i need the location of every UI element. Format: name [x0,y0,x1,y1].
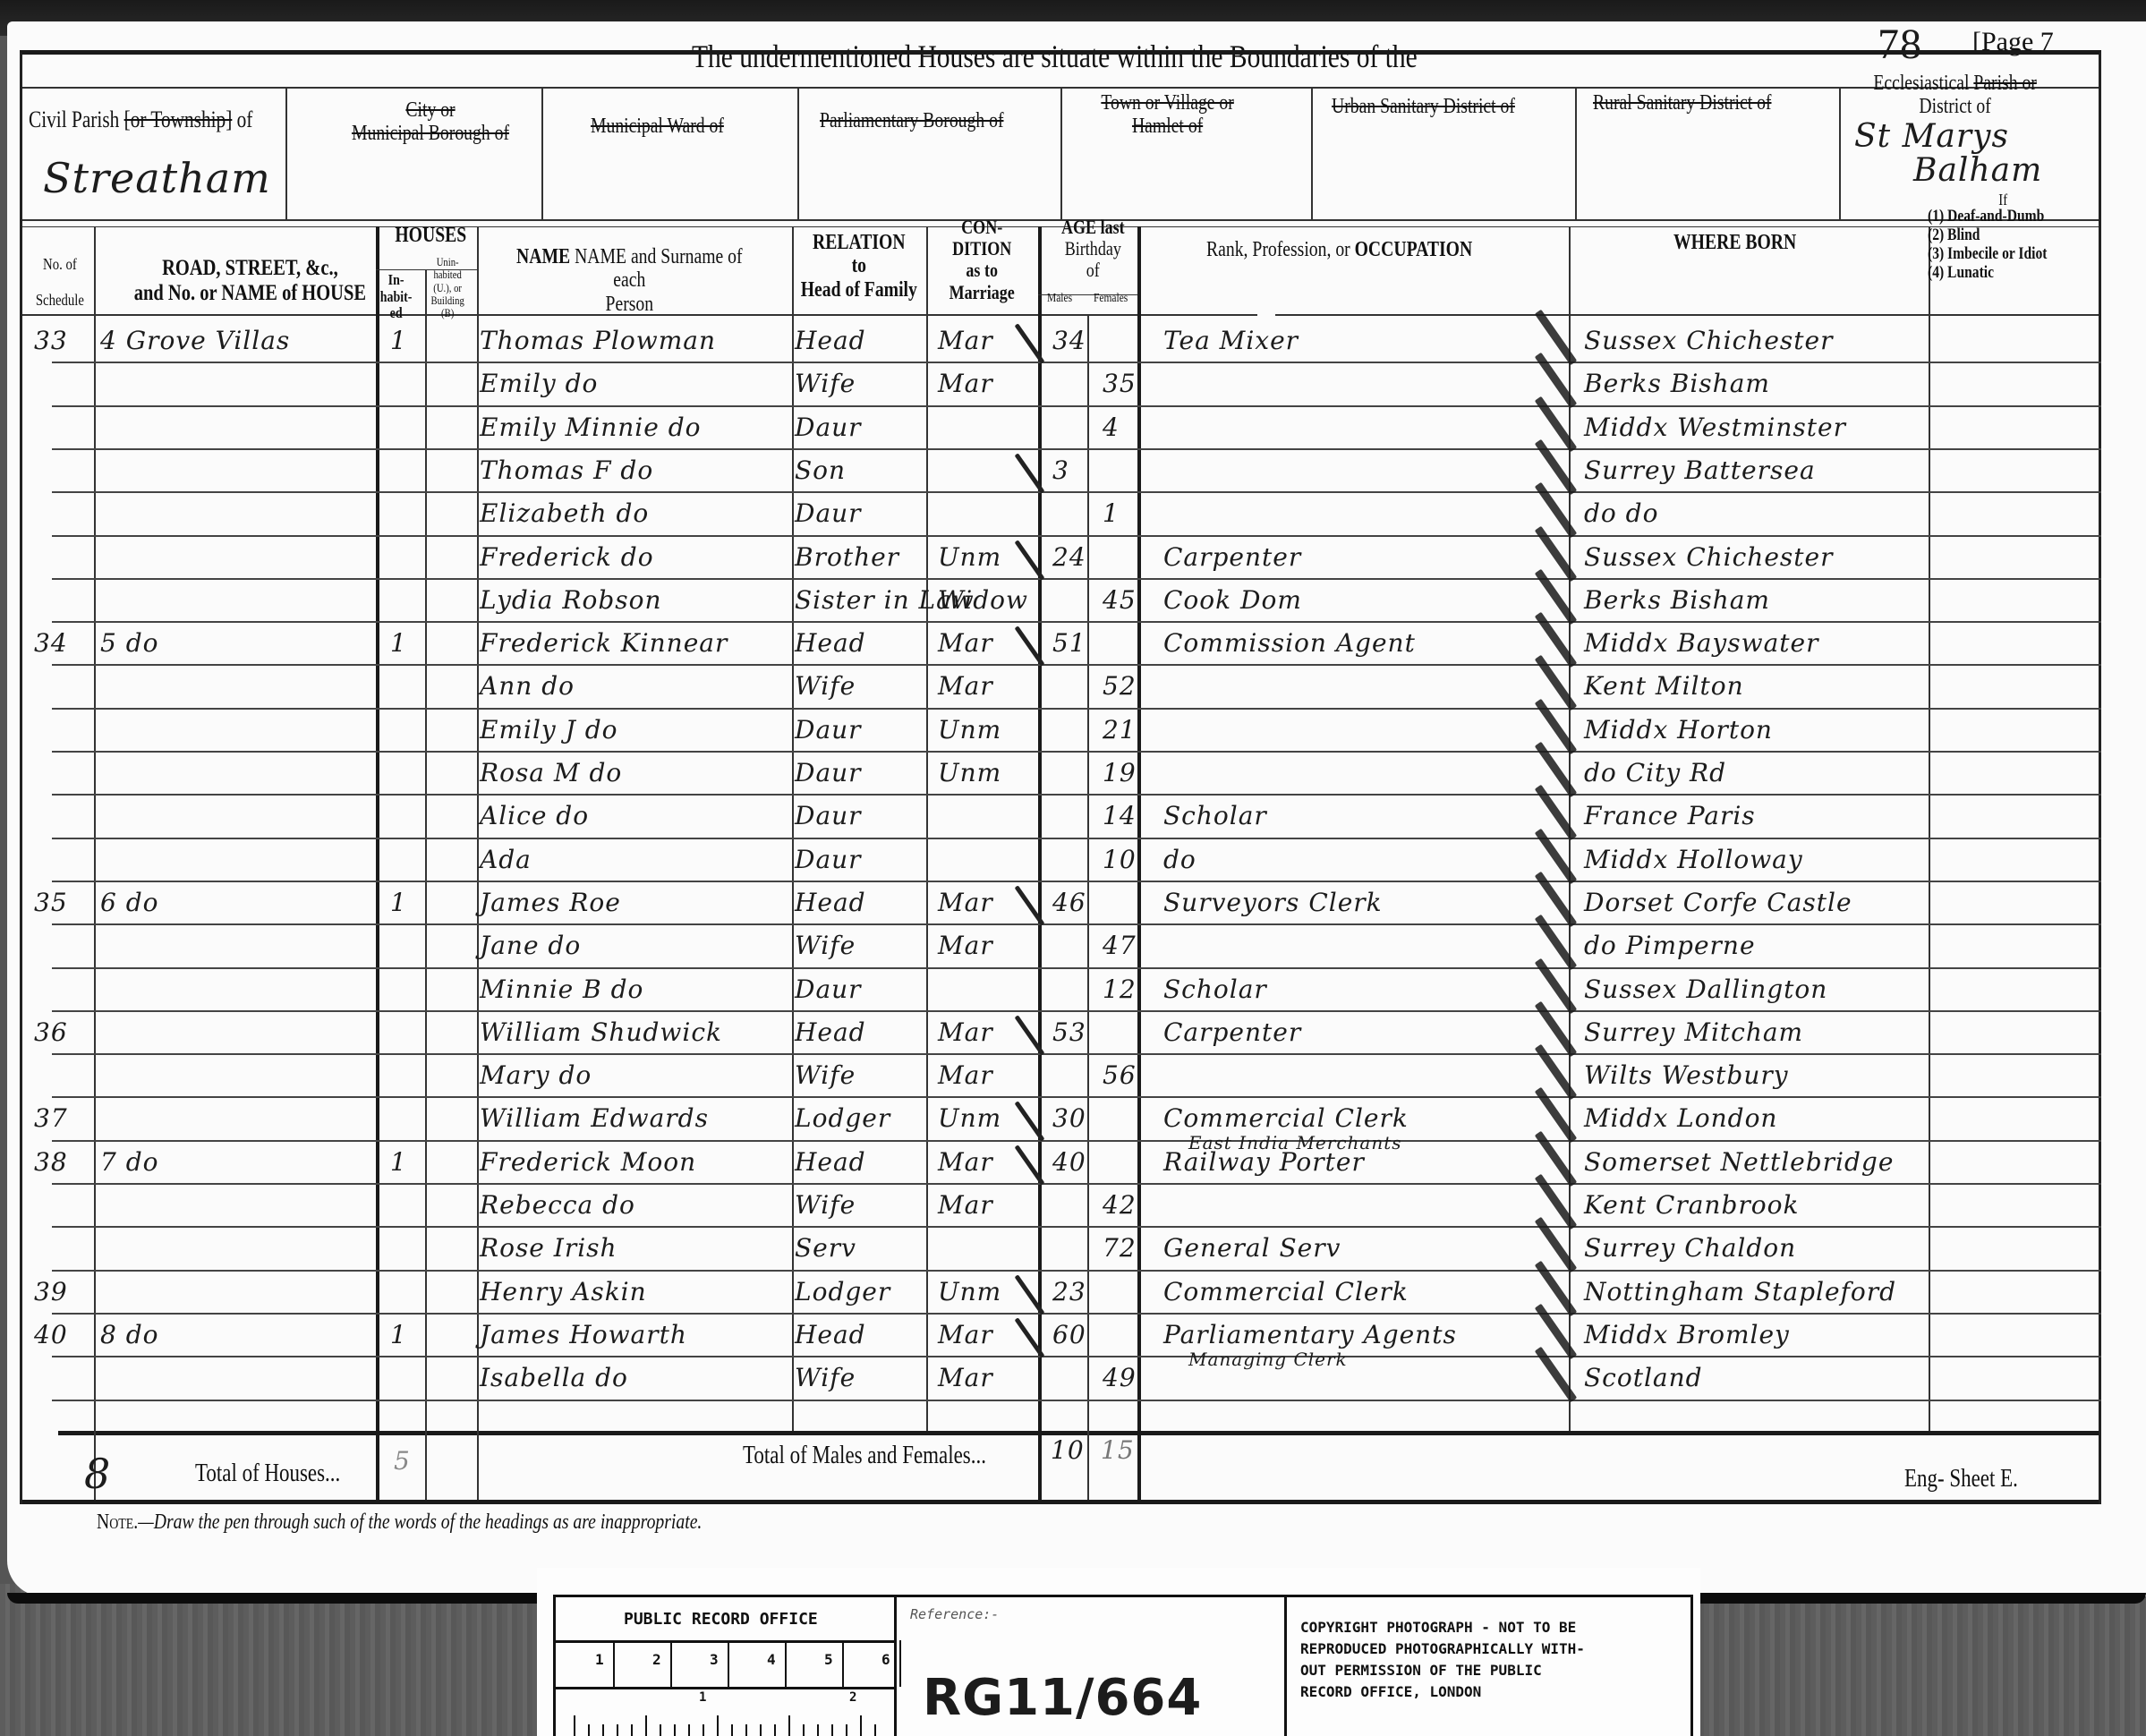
road-cell: 6 do [100,888,159,917]
condition-cell: Mar [938,628,993,658]
row-rule [52,1356,2101,1357]
name-cell: Emily Minnie do [480,413,702,442]
urban-sanitary-label: Urban Sanitary District of [1332,95,1515,118]
col-relation-header: RELATION to Head of Family [793,231,925,302]
scale-tick [703,1724,704,1736]
inhabited-cell: 1 [390,1147,407,1177]
condition-cell: Mar [938,369,993,398]
row-rule [52,1053,2101,1055]
name-cell: Ada [480,845,532,874]
row-rule [52,794,2101,796]
male-age-cell: 23 [1052,1277,1086,1306]
col-condition-header: CON- DITION as to Marriage [938,217,1026,303]
scale-tick [688,1724,690,1736]
road-cell: 7 do [100,1147,159,1177]
born-cell: France Paris [1584,801,1756,830]
condition-cell: Mar [938,1060,993,1090]
ecclesiastical-value-1: St Marys [1854,118,2009,155]
born-cell: Middx Bromley [1584,1320,1790,1349]
total-schedules: 8 [84,1450,111,1498]
row-rule [52,1313,2101,1315]
condition-cell: Unm [938,715,1001,745]
born-cell: Dorset Corfe Castle [1584,888,1852,917]
born-cell: Sussex Chichester [1584,542,1834,572]
col-age-males-header: Males [1047,292,1072,305]
scale-tick [874,1724,876,1736]
col-infirmity-list: (1) Deaf-and-Dumb (2) Blind (3) Imbecile… [1928,208,2047,283]
scale-tick [660,1724,661,1736]
born-cell: Kent Cranbrook [1584,1190,1799,1220]
name-cell: Ann do [480,671,575,701]
scale-mark: 2 [849,1690,856,1705]
condition-cell: Unm [938,1103,1001,1133]
male-age-cell: 40 [1052,1147,1086,1177]
condition-cell: Mar [938,671,993,701]
row-rule [52,881,2101,882]
scale-tick [602,1724,604,1736]
occupation-cell: Scholar [1163,974,1267,1004]
born-cell: do Pimperne [1584,931,1756,960]
occupation-cell: Railway Porter [1163,1147,1365,1177]
occupation-cell: Carpenter [1163,1017,1301,1047]
total-males: 10 [1051,1435,1085,1465]
scale-tick [760,1724,762,1736]
name-cell: Frederick Moon [480,1147,696,1177]
relation-cell: Wife [795,931,856,960]
scale-mark: 1 [699,1690,706,1705]
name-cell: Minnie B do [480,974,643,1004]
relation-cell: Head [795,326,866,355]
relation-cell: Brother [795,542,899,572]
scale-mark: 6 [881,1651,890,1668]
relation-cell: Daur [795,758,862,787]
occupation-cell: General Serv [1163,1233,1341,1263]
row-rule [52,838,2101,839]
name-cell: Rebecca do [480,1190,635,1220]
row-rule [52,1400,2101,1401]
female-age-cell: 19 [1103,758,1137,787]
relation-cell: Son [795,455,846,485]
schedule-cell: 34 [34,628,68,658]
name-cell: James Roe [480,888,621,917]
pro-title: PUBLIC RECORD OFFICE [624,1610,818,1629]
condition-cell: Unm [938,758,1001,787]
male-age-cell: 3 [1052,455,1069,485]
col-born-header: WHERE BORN [1673,231,1796,254]
name-cell: Frederick do [480,542,654,572]
born-cell: Berks Bisham [1584,585,1770,615]
scale-tick [617,1724,618,1736]
condition-cell: Mar [938,326,993,355]
female-age-cell: 12 [1103,974,1137,1004]
inhabited-cell: 1 [390,628,407,658]
ecclesiastical-value-2: Balham [1913,152,2042,189]
relation-cell: Daur [795,498,862,528]
scale-divider [842,1640,844,1687]
born-cell: Middx Bayswater [1584,628,1819,658]
male-age-cell: 34 [1052,326,1086,355]
relation-cell: Head [795,1147,866,1177]
occupation-cell: Commission Agent [1163,628,1416,658]
occupation-cell: Cook Dom [1163,585,1302,615]
male-age-cell: 51 [1052,628,1086,658]
name-cell: Thomas F do [480,455,653,485]
relation-cell: Wife [795,1060,856,1090]
female-age-cell: 21 [1103,715,1137,745]
col-schedule-header: No. of Schedule [27,256,93,309]
col-name-header: NAME NAME and Surname of each Person [508,245,751,316]
female-age-cell: 49 [1103,1363,1137,1392]
scale-mark: 3 [710,1651,719,1668]
parliamentary-borough-label: Parliamentary Borough of [820,109,1003,132]
schedule-cell: 38 [34,1147,68,1177]
relation-cell: Daur [795,974,862,1004]
name-cell: Elizabeth do [480,498,649,528]
name-cell: Mary do [480,1060,592,1090]
scale-mark: 2 [652,1651,661,1668]
born-cell: do do [1584,498,1658,528]
municipal-ward-label: Municipal Ward of [591,115,724,138]
row-rule [52,664,2101,666]
relation-cell: Lodger [795,1277,890,1306]
scale-tick [817,1724,819,1736]
total-houses-label: Total of Houses... [195,1460,340,1488]
row-rule [52,491,2101,493]
name-cell: Emily J do [480,715,618,745]
col-road-header: ROAD, STREET, &c., and No. or NAME of HO… [125,256,375,305]
condition-cell: Mar [938,1017,993,1047]
total-persons-label: Total of Males and Females... [743,1442,986,1470]
pro-reference-value: RG11/664 [923,1669,1202,1727]
row-rule [52,621,2101,623]
male-age-cell: 60 [1052,1320,1086,1349]
name-cell: Jane do [480,931,581,960]
footer-note: Note.—Draw the pen through such of the w… [97,1510,702,1534]
born-cell: Middx Westminster [1584,413,1846,442]
condition-cell: Mar [938,888,993,917]
name-cell: Alice do [480,801,589,830]
scale-tick [803,1724,805,1736]
occupation-cell: Surveyors Clerk [1163,888,1383,917]
scale-tick [846,1724,847,1736]
relation-cell: Daur [795,715,862,745]
row-rule [52,1270,2101,1272]
schedule-cell: 39 [34,1277,68,1306]
scale-tick [574,1715,575,1736]
row-rule [52,578,2101,580]
condition-cell: Mar [938,1147,993,1177]
name-cell: Rosa M do [480,758,622,787]
row-rule [52,362,2101,363]
scale-mark: 1 [595,1651,604,1668]
condition-cell: Mar [938,1320,993,1349]
row-rule [52,1096,2101,1098]
row-rule [52,1183,2101,1185]
scale-mark: 4 [767,1651,776,1668]
condition-cell: Widow [938,585,1028,615]
scale-divider [785,1640,787,1687]
relation-cell: Wife [795,1190,856,1220]
total-houses-value: 5 [394,1446,411,1476]
rural-sanitary-label: Rural Sanitary District of [1593,91,1771,115]
occupation-cell: Commercial Clerk [1163,1277,1409,1306]
row-rule [52,1140,2101,1142]
civil-parish-value: Streatham [43,154,271,202]
col-occupation-header: Rank, Profession, or OCCUPATION [1206,238,1472,261]
relation-cell: Wife [795,671,856,701]
scale-divider [728,1640,729,1687]
row-rule [52,448,2101,450]
female-age-cell: 45 [1103,585,1137,615]
scale-tick [774,1724,776,1736]
row-rule [52,405,2101,407]
sheet-label: Eng- Sheet E. [1904,1466,2018,1493]
scale-tick [645,1715,647,1736]
occupation-cell: Tea Mixer [1163,326,1299,355]
total-females: 15 [1101,1435,1135,1465]
scale-divider [670,1640,672,1687]
female-age-cell: 72 [1103,1233,1137,1263]
col-age-females-header: Females [1094,292,1128,305]
name-cell: Isabella do [480,1363,628,1392]
female-age-cell: 56 [1103,1060,1137,1090]
schedule-cell: 40 [34,1320,68,1349]
name-cell: Rose Irish [480,1233,617,1263]
scale-tick [631,1724,633,1736]
row-rule [52,751,2101,753]
schedule-cell: 36 [34,1017,68,1047]
relation-cell: Daur [795,413,862,442]
row-rule [52,708,2101,710]
female-age-cell: 42 [1103,1190,1137,1220]
relation-cell: Serv [795,1233,856,1263]
born-cell: Middx Holloway [1584,845,1803,874]
row-rule [52,1010,2101,1012]
row-rule [52,967,2101,969]
relation-cell: Daur [795,845,862,874]
scale-tick [745,1724,747,1736]
condition-cell: Unm [938,542,1001,572]
female-age-cell: 47 [1103,931,1137,960]
scale-tick [788,1715,790,1736]
road-cell: 4 Grove Villas [100,326,290,355]
scale-tick [731,1724,733,1736]
female-age-cell: 4 [1103,413,1120,442]
born-cell: Surrey Battersea [1584,455,1816,485]
born-cell: Sussex Chichester [1584,326,1834,355]
born-cell: Somerset Nettlebridge [1584,1147,1894,1177]
occupation-cell: do [1163,845,1196,874]
born-cell: Nottingham Stapleford [1584,1277,1896,1306]
relation-cell: Head [795,1017,866,1047]
scale-tick [860,1715,862,1736]
scale-tick [831,1724,833,1736]
name-cell: James Howarth [480,1320,687,1349]
col-uninhabited-header: Unin-habited (U.), or Building (B) [428,256,467,319]
born-cell: Middx London [1584,1103,1777,1133]
name-cell: Emily do [480,369,598,398]
col-inhabited-header: In-habit-ed [374,272,418,322]
male-age-cell: 53 [1052,1017,1086,1047]
born-cell: Middx Horton [1584,715,1773,745]
pro-copyright: COPYRIGHT PHOTOGRAPH - NOT TO BE REPRODU… [1300,1617,1585,1703]
born-cell: Surrey Chaldon [1584,1233,1796,1263]
occupation-cell: Carpenter [1163,542,1301,572]
condition-cell: Unm [938,1277,1001,1306]
occupation-cell: Parliamentary Agents [1163,1320,1457,1349]
inhabited-cell: 1 [390,888,407,917]
condition-cell: Mar [938,931,993,960]
row-rule [52,1226,2101,1228]
born-cell: Wilts Westbury [1584,1060,1789,1090]
col-age-header: AGE last Birthday of [1045,217,1141,282]
female-age-cell: 52 [1103,671,1137,701]
scale-tick [674,1724,676,1736]
female-age-cell: 10 [1103,845,1137,874]
born-cell: Berks Bisham [1584,369,1770,398]
col-houses-header: HOUSES [383,224,479,247]
name-cell: Frederick Kinnear [480,628,728,658]
name-cell: William Edwards [480,1103,709,1133]
born-cell: do City Rd [1584,758,1726,787]
row-rule [52,535,2101,537]
male-age-cell: 46 [1052,888,1086,917]
female-age-cell: 14 [1103,801,1137,830]
scale-tick [588,1724,590,1736]
born-cell: Surrey Mitcham [1584,1017,1803,1047]
relation-cell: Wife [795,369,856,398]
schedule-cell: 33 [34,326,68,355]
female-age-cell: 35 [1103,369,1137,398]
scale-divider [899,1640,901,1687]
relation-cell: Wife [795,1363,856,1392]
name-cell: Thomas Plowman [480,326,716,355]
road-cell: 8 do [100,1320,159,1349]
pro-label: PUBLIC RECORD OFFICE 123456 12 Reference… [537,1568,1700,1736]
occupation-cell: Scholar [1163,801,1267,830]
born-cell: Sussex Dallington [1584,974,1827,1004]
road-cell: 5 do [100,628,159,658]
census-sheet: The undermentioned Houses are situate wi… [7,21,2146,1596]
female-age-cell: 1 [1103,498,1120,528]
occupation-note: Managing Clerk [1188,1349,1348,1370]
name-cell: Henry Askin [480,1277,647,1306]
relation-cell: Head [795,888,866,917]
civil-parish-label: Civil Parish [or Township] of [29,107,252,133]
relation-cell: Daur [795,801,862,830]
condition-cell: Mar [938,1190,993,1220]
male-age-cell: 24 [1052,542,1086,572]
born-cell: Kent Milton [1584,671,1744,701]
pro-reference-label: Reference:- [910,1606,999,1622]
name-cell: William Shudwick [480,1017,722,1047]
inhabited-cell: 1 [390,326,407,355]
row-rule [52,923,2101,925]
relation-cell: Lodger [795,1103,890,1133]
male-age-cell: 30 [1052,1103,1086,1133]
condition-cell: Mar [938,1363,993,1392]
born-cell: Scotland [1584,1363,1703,1392]
scale-mark: 5 [824,1651,833,1668]
name-cell: Lydia Robson [480,585,662,615]
schedule-cell: 35 [34,888,68,917]
schedule-cell: 37 [34,1103,68,1133]
ecclesiastical-label: Ecclesiastical Parish or District of [1860,72,2050,119]
relation-cell: Head [795,1320,866,1349]
scale-divider [613,1640,615,1687]
occupation-cell: Commercial Clerk [1163,1103,1409,1133]
city-borough-label: City or Municipal Borough of [320,98,541,146]
scale-tick [717,1715,719,1736]
relation-cell: Head [795,628,866,658]
inhabited-cell: 1 [390,1320,407,1349]
town-village-label: Town or Village or Hamlet of [1072,91,1263,139]
